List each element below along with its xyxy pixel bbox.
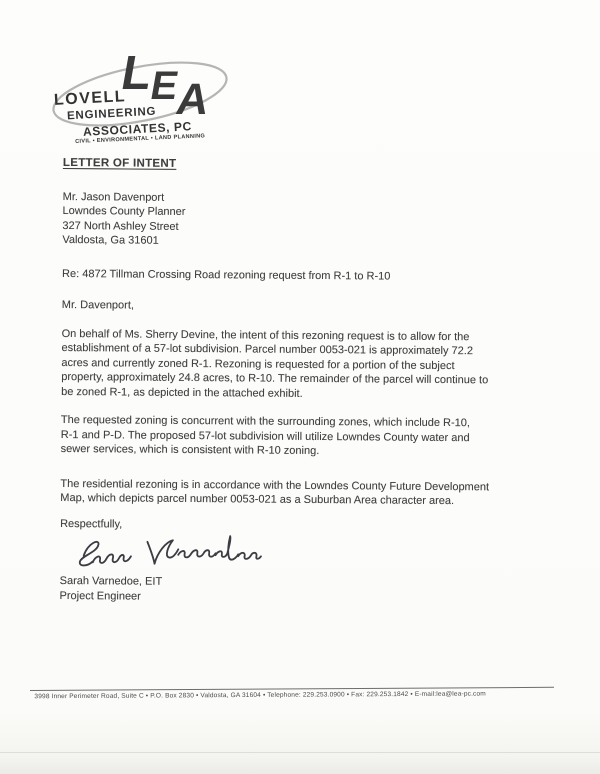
signer-title: Project Engineer	[59, 588, 545, 606]
letterhead-footer: 3998 Inner Perimeter Road, Suite C • P.O…	[30, 687, 554, 703]
company-logo: L E A LOVELL ENGINEERING ASSOCIATES, PC …	[44, 50, 239, 142]
subject-line: Re: 4872 Tillman Crossing Road rezoning …	[62, 266, 548, 284]
logo-company-name-line: LOVELL	[54, 88, 127, 110]
letter-body: LETTER OF INTENT Mr. Jason Davenport Low…	[59, 156, 548, 607]
salutation: Mr. Davenport,	[62, 298, 548, 316]
letter-title: LETTER OF INTENT	[63, 156, 549, 174]
footer-contact-line: 3998 Inner Perimeter Road, Suite C • P.O…	[30, 688, 559, 700]
body-paragraph-1: On behalf of Ms. Sherry Devine, the inte…	[61, 326, 548, 402]
handwritten-signature	[62, 533, 272, 575]
body-paragraph-2: The requested zoning is concurrent with …	[61, 413, 547, 460]
scanned-letter-page: L E A LOVELL ENGINEERING ASSOCIATES, PC …	[0, 0, 600, 774]
closing-phrase: Respectfully,	[60, 516, 546, 534]
body-paragraph-3: The residential rezoning is in accordanc…	[60, 476, 546, 509]
recipient-address-block: Mr. Jason Davenport Lowndes County Plann…	[62, 189, 548, 251]
